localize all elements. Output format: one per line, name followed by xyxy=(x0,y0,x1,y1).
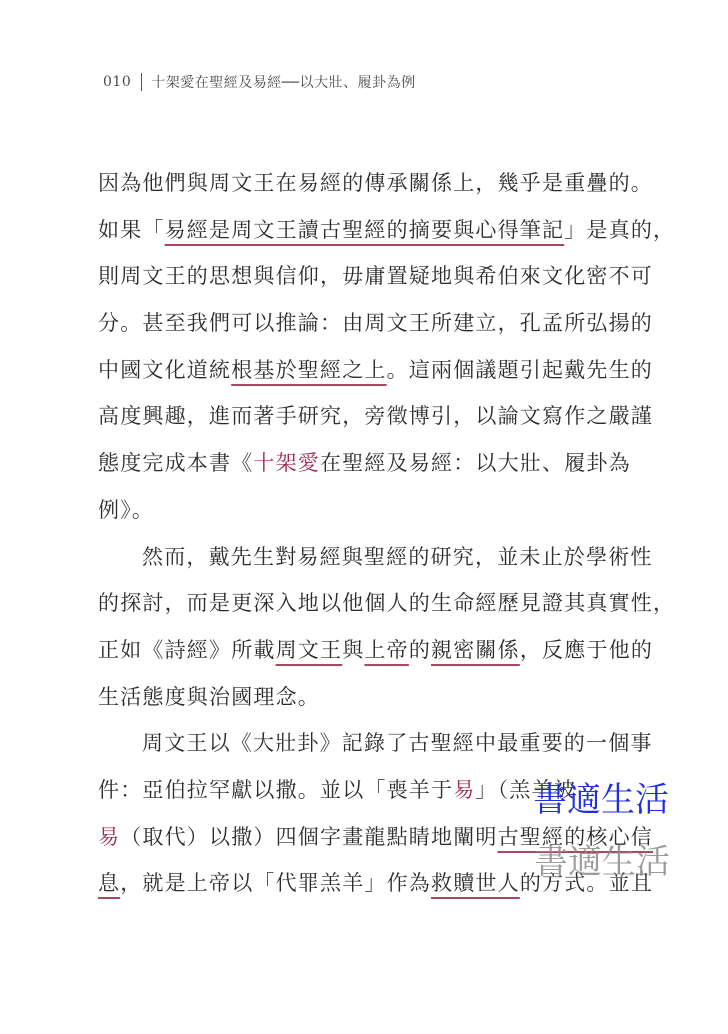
text-segment: 因為他們與周文王在易經的傳承關係上，幾乎是重疊的。 xyxy=(98,171,653,195)
text-segment: 件：亞伯拉罕獻以撒。並以「喪羊于 xyxy=(98,778,453,802)
text-segment: 然而，戴先生對易經與聖經的研究，並未止於學術性 xyxy=(142,545,653,569)
underlined-phrase: 周文王 xyxy=(276,638,343,662)
text-line: 生活態度與治國理念。 xyxy=(98,680,628,727)
running-header: 010 十架愛在聖經及易經──以大壯、履卦為例 xyxy=(103,72,416,92)
text-line: 如果「易經是周文王讀古聖經的摘要與心得筆記」是真的， xyxy=(98,213,628,260)
text-segment: （取代）以撒）四個字畫龍點睛地闡明 xyxy=(120,825,497,849)
text-line: 然而，戴先生對易經與聖經的研究，並未止於學術性 xyxy=(98,540,628,587)
running-title: 十架愛在聖經及易經──以大壯、履卦為例 xyxy=(151,72,415,92)
header-divider xyxy=(141,73,142,91)
highlighted-text: 易 xyxy=(453,778,475,802)
text-segment: 態度完成本書《 xyxy=(98,451,253,475)
text-segment: 正如《詩經》所載 xyxy=(98,638,276,662)
text-segment: ，反應于他的 xyxy=(520,638,653,662)
watermark-blue: 書適生活 xyxy=(533,772,669,821)
text-line: 中國文化道統根基於聖經之上。這兩個議題引起戴先生的 xyxy=(98,353,628,400)
text-line: 周文王以《大壯卦》記錄了古聖經中最重要的一個事 xyxy=(98,726,628,773)
text-line: 因為他們與周文王在易經的傳承關係上，幾乎是重疊的。 xyxy=(98,166,628,213)
text-segment: 例》。 xyxy=(98,498,154,522)
highlighted-text: 十架愛 xyxy=(253,451,320,475)
underlined-phrase: 救贖世人 xyxy=(431,871,520,895)
text-segment: 」是真的， xyxy=(564,218,675,242)
text-segment: 中國文化道統 xyxy=(98,358,231,382)
text-segment: 在聖經及易經：以大壯、履卦為 xyxy=(320,451,631,475)
text-segment: 如果「 xyxy=(98,218,165,242)
text-segment: 的探討，而是更深入地以他個人的生命經歷見證其真實性， xyxy=(98,591,675,615)
text-segment: 高度興趣，進而著手研究，旁徵博引，以論文寫作之嚴謹 xyxy=(98,404,653,428)
underlined-phrase: 易經是周文王讀古聖經的摘要與心得筆記 xyxy=(165,218,565,242)
text-segment: 周文王以《大壯卦》記錄了古聖經中最重要的一個事 xyxy=(142,731,653,755)
page-number: 010 xyxy=(103,74,131,90)
text-segment: 與 xyxy=(342,638,364,662)
text-line: 則周文王的思想與信仰，毋庸置疑地與希伯來文化密不可 xyxy=(98,259,628,306)
text-segment: 生活態度與治國理念。 xyxy=(98,685,320,709)
text-segment: 的 xyxy=(409,638,431,662)
text-segment: ，就是上帝以「代罪羔羊」作為 xyxy=(120,871,431,895)
text-segment: 。這兩個議題引起戴先生的 xyxy=(387,358,653,382)
underlined-phrase: 息 xyxy=(98,871,120,895)
text-segment: 分。甚至我們可以推論：由周文王所建立，孔孟所弘揚的 xyxy=(98,311,653,335)
underlined-phrase: 上帝 xyxy=(364,638,408,662)
text-line: 正如《詩經》所載周文王與上帝的親密關係，反應于他的 xyxy=(98,633,628,680)
text-line: 的探討，而是更深入地以他個人的生命經歷見證其真實性， xyxy=(98,586,628,633)
underlined-phrase: 親密關係 xyxy=(431,638,520,662)
watermark-gray: 書適生活 xyxy=(534,834,670,883)
text-line: 例》。 xyxy=(98,493,628,540)
highlighted-text: 易 xyxy=(98,825,120,849)
text-line: 態度完成本書《十架愛在聖經及易經：以大壯、履卦為 xyxy=(98,446,628,493)
text-segment: 則周文王的思想與信仰，毋庸置疑地與希伯來文化密不可 xyxy=(98,264,653,288)
underlined-phrase: 根基於聖經之上 xyxy=(231,358,386,382)
text-line: 高度興趣，進而著手研究，旁徵博引，以論文寫作之嚴謹 xyxy=(98,399,628,446)
text-line: 分。甚至我們可以推論：由周文王所建立，孔孟所弘揚的 xyxy=(98,306,628,353)
